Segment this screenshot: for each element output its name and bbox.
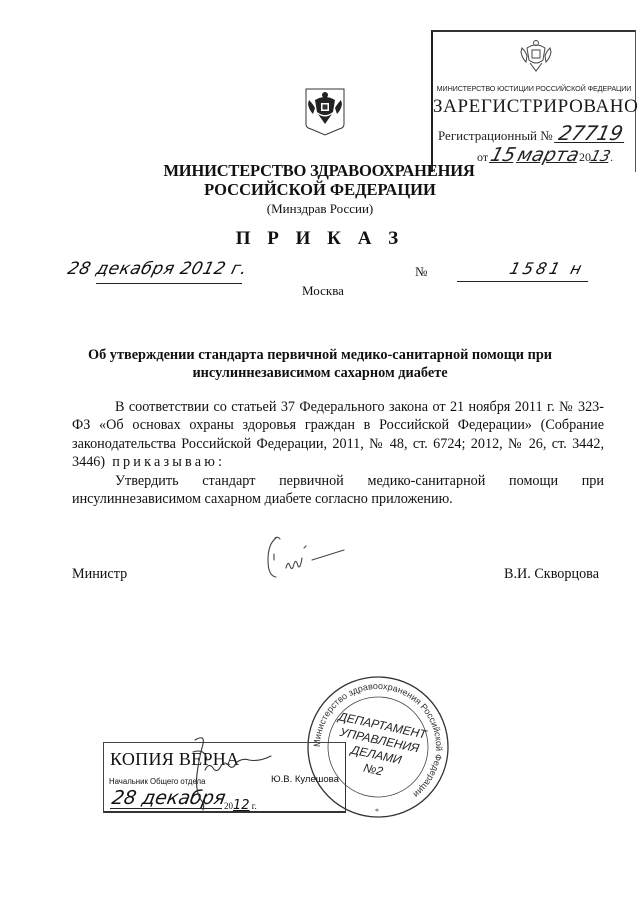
order-body: В соответствии со статьей 37 Федеральног…: [72, 398, 604, 508]
registration-number-label: Регистрационный №: [438, 128, 553, 143]
subject-line1: Об утверждении стандарта первичной медик…: [70, 346, 570, 364]
registration-number-row: Регистрационный № 27719: [438, 124, 633, 144]
body-paragraph-2: Утвердить стандарт первичной медико-сани…: [72, 472, 604, 509]
svg-text:*: *: [375, 807, 379, 816]
registration-year-suffix: 13: [589, 147, 613, 165]
registration-date-prefix: от: [477, 150, 488, 164]
copy-signature-icon: [175, 730, 285, 816]
registration-title: ЗАРЕГИСТРИРОВАНО: [433, 96, 635, 118]
signatory-name: В.И. Скворцова: [504, 566, 599, 583]
number-underline: [457, 281, 588, 282]
body-paragraph-1: В соответствии со статьей 37 Федеральног…: [72, 398, 604, 472]
signatory-position: Министр: [72, 566, 127, 583]
registration-number-value: 27719: [554, 124, 628, 143]
ministry-name-line1: МИНИСТЕРСТВО ЗДРАВООХРАНЕНИЯ: [160, 161, 478, 181]
registration-stamp: МИНИСТЕРСТВО ЮСТИЦИИ РОССИЙСКОЙ ФЕДЕРАЦИ…: [431, 30, 636, 172]
registration-date-month: марта: [516, 146, 582, 164]
number-sign: №: [415, 264, 427, 280]
document-type-title: П Р И К А З: [160, 228, 480, 250]
registration-date-row: от 15 марта2013.: [477, 146, 637, 165]
registration-date-day: 15: [489, 146, 518, 164]
date-underline: [96, 283, 242, 284]
ministry-name-line2: РОССИЙСКОЙ ФЕДЕРАЦИИ: [160, 180, 480, 200]
ministry-short-name: (Минздрав России): [160, 201, 480, 217]
order-word: приказываю:: [112, 454, 225, 470]
order-number-handwritten: 1581 н: [508, 259, 587, 278]
city-name: Москва: [293, 283, 353, 299]
coat-of-arms-icon: [303, 86, 347, 138]
order-date-handwritten: 28 декабря 2012 г.: [66, 259, 246, 279]
coat-of-arms-icon: [519, 38, 553, 74]
svg-text:№2: №2: [362, 761, 384, 779]
order-subject: Об утверждении стандарта первичной медик…: [70, 346, 570, 382]
registration-ministry: МИНИСТЕРСТВО ЮСТИЦИИ РОССИЙСКОЙ ФЕДЕРАЦИ…: [433, 84, 635, 93]
subject-line2: инсулиннезависимом сахарном диабете: [70, 364, 570, 382]
minister-signature-icon: [262, 530, 372, 590]
